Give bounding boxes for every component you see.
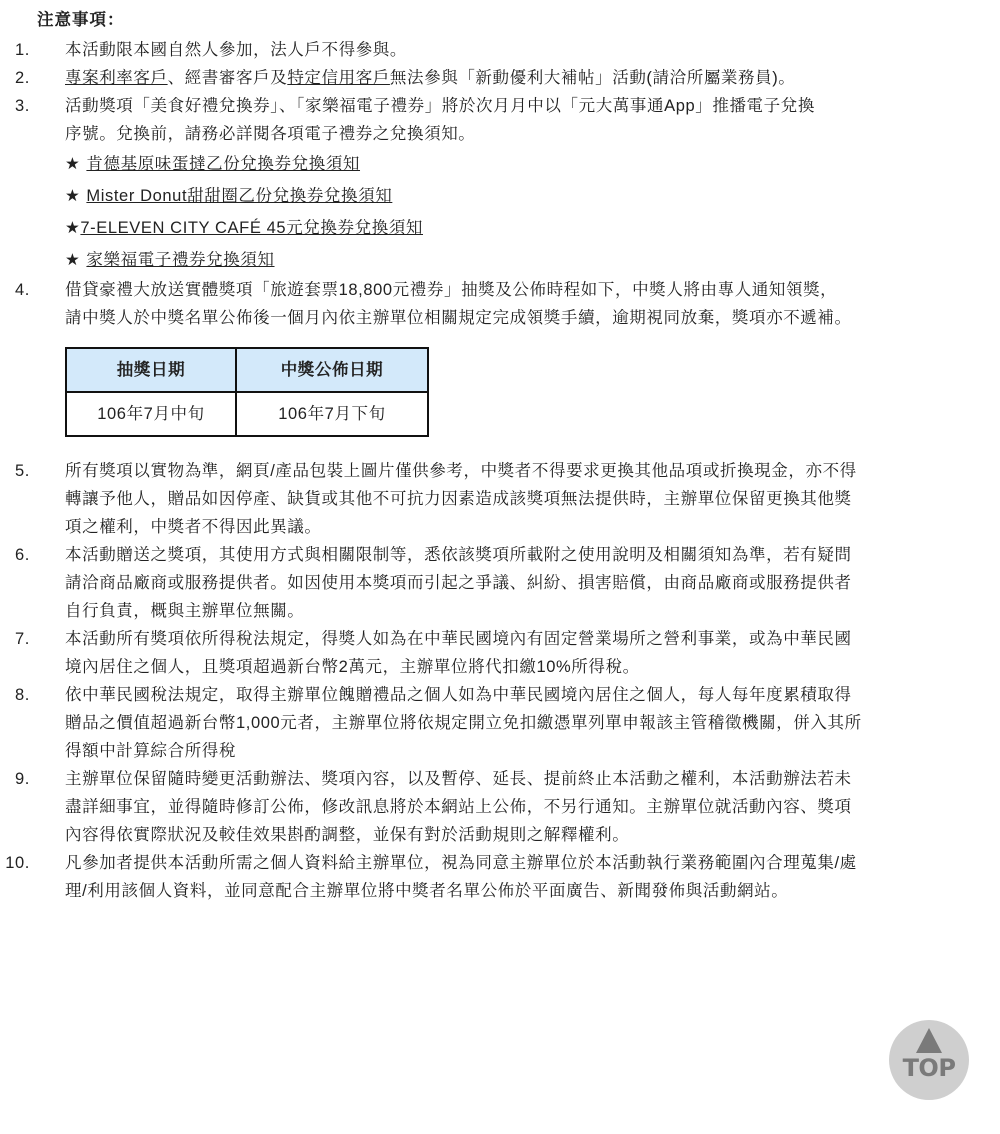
item-number: 3. (15, 92, 30, 120)
item-text: 境內居住之個人，且獎項超過新台幣2萬元，主辦單位將代扣繳10%所得稅。 (65, 653, 970, 681)
notice-item-8: 8. 依中華民國稅法規定，取得主辦單位餽贈禮品之個人如為中華民國境內居住之個人，… (0, 681, 970, 765)
item-text: 本活動所有獎項依所得稅法規定，得獎人如為在中華民國境內有固定營業場所之營利事業，… (65, 625, 970, 653)
item-number: 10. (5, 849, 30, 877)
notice-item-4: 4. 借貸豪禮大放送實體獎項「旅遊套票18,800元禮券」抽獎及公佈時程如下，中… (0, 276, 970, 437)
star-icon: ★ (65, 180, 80, 212)
back-to-top-label: TOP (889, 1054, 969, 1082)
star-icon: ★ (65, 148, 80, 180)
item-text: 理/利用該個人資料，並同意配合主辦單位將中獎者名單公佈於平面廣告、新聞發佈與活動… (65, 877, 970, 905)
notice-list: 1. 本活動限本國自然人參加，法人戶不得參與。 2. 專案利率客戶、經書審客戶及… (0, 36, 1000, 905)
item-number: 2. (15, 64, 30, 92)
star-icon: ★ (65, 244, 80, 276)
item-text: 借貸豪禮大放送實體獎項「旅遊套票18,800元禮券」抽獎及公佈時程如下，中獎人將… (65, 276, 970, 304)
item-number: 8. (15, 681, 30, 709)
item-text: 轉讓予他人，贈品如因停產、缺貨或其他不可抗力因素造成該獎項無法提供時，主辦單位保… (65, 485, 970, 513)
item-text: 自行負責，概與主辦單位無關。 (65, 597, 970, 625)
notice-item-1: 1. 本活動限本國自然人參加，法人戶不得參與。 (0, 36, 970, 64)
item-text-segment: 無法參與「新動優利大補帖」活動(請洽所屬業務員)。 (390, 69, 796, 87)
item-text: 贈品之價值超過新台幣1,000元者，主辦單位將依規定開立免扣繳憑單列單申報該主管… (65, 709, 970, 737)
notice-item-3: 3. 活動獎項「美食好禮兌換券」、「家樂福電子禮券」將於次月月中以「元大萬事通A… (0, 92, 970, 276)
column-header-announce-date: 中獎公佈日期 (236, 348, 428, 392)
item-text: 本活動贈送之獎項，其使用方式與相關限制等，悉依該獎項所載附之使用說明及相關須知為… (65, 541, 970, 569)
draw-date-cell: 106年7月中旬 (66, 392, 236, 436)
notice-item-5: 5. 所有獎項以實物為準，網頁/產品包裝上圖片僅供參考，中獎者不得要求更換其他品… (0, 457, 970, 541)
item-text: 得額中計算綜合所得稅 (65, 737, 970, 765)
notice-item-9: 9. 主辦單位保留隨時變更活動辦法、獎項內容，以及暫停、延長、提前終止本活動之權… (0, 765, 970, 849)
notice-title: 注意事項： (37, 6, 125, 30)
seven-eleven-city-cafe-notice-link[interactable]: 7-ELEVEN CITY CAFÉ 45元兌換券兌換須知 (80, 219, 423, 237)
draw-schedule-table: 抽獎日期 中獎公佈日期 106年7月中旬 106年7月下旬 (65, 347, 429, 437)
table-row: 106年7月中旬 106年7月下旬 (66, 392, 428, 436)
item-text: 活動獎項「美食好禮兌換券」、「家樂福電子禮券」將於次月月中以「元大萬事通App」… (65, 92, 970, 120)
item-number: 1. (15, 36, 30, 64)
star-icon: ★ (65, 212, 80, 244)
notice-item-2: 2. 專案利率客戶、經書審客戶及特定信用客戶無法參與「新動優利大補帖」活動(請洽… (0, 64, 970, 92)
item-text: 序號。兌換前，請務必詳閱各項電子禮券之兌換須知。 (65, 120, 970, 148)
arrow-up-triangle-icon (916, 1028, 942, 1053)
item-text: 請中獎人於中獎名單公佈後一個月內依主辦單位相關規定完成領獎手續，逾期視同放棄，獎… (65, 304, 970, 332)
item-text: 本活動限本國自然人參加，法人戶不得參與。 (65, 36, 970, 64)
notice-item-7: 7. 本活動所有獎項依所得稅法規定，得獎人如為在中華民國境內有固定營業場所之營利… (0, 625, 970, 681)
item-text: 項之權利，中獎者不得因此異議。 (65, 513, 970, 541)
item-number: 9. (15, 765, 30, 793)
voucher-notice-row: ★Mister Donut甜甜圈乙份兌換券兌換須知 (65, 180, 970, 212)
table-header-row: 抽獎日期 中獎公佈日期 (66, 348, 428, 392)
item-text: 內容得依實際狀況及較佳效果斟酌調整，並保有對於活動規則之解釋權利。 (65, 821, 970, 849)
mister-donut-notice-link[interactable]: Mister Donut甜甜圈乙份兌換券兌換須知 (86, 187, 392, 205)
specific-credit-customer-link[interactable]: 特定信用客戶 (287, 69, 390, 87)
voucher-notice-row: ★7-ELEVEN CITY CAFÉ 45元兌換券兌換須知 (65, 212, 970, 244)
item-text: 盡詳細事宜，並得隨時修訂公佈，修改訊息將於本網站上公佈，不另行通知。主辦單位就活… (65, 793, 970, 821)
carrefour-evoucher-notice-link[interactable]: 家樂福電子禮券兌換須知 (86, 251, 274, 269)
voucher-notice-row: ★家樂福電子禮券兌換須知 (65, 244, 970, 276)
project-rate-customer-link[interactable]: 專案利率客戶 (65, 69, 168, 87)
item-text: 所有獎項以實物為準，網頁/產品包裝上圖片僅供參考，中獎者不得要求更換其他品項或折… (65, 457, 970, 485)
notice-item-6: 6. 本活動贈送之獎項，其使用方式與相關限制等，悉依該獎項所載附之使用說明及相關… (0, 541, 970, 625)
item-number: 6. (15, 541, 30, 569)
kfc-egg-tart-notice-link[interactable]: 肯德基原味蛋撻乙份兌換券兌換須知 (86, 155, 360, 173)
item-text: 請洽商品廠商或服務提供者。如因使用本獎項而引起之爭議、糾紛、損害賠償，由商品廠商… (65, 569, 970, 597)
item-number: 5. (15, 457, 30, 485)
item-text: 專案利率客戶、經書審客戶及特定信用客戶無法參與「新動優利大補帖」活動(請洽所屬業… (65, 64, 970, 92)
item-number: 4. (15, 276, 30, 304)
announce-date-cell: 106年7月下旬 (236, 392, 428, 436)
item-text-segment: 、經書審客戶及 (168, 69, 288, 87)
item-text: 主辦單位保留隨時變更活動辦法、獎項內容，以及暫停、延長、提前終止本活動之權利，本… (65, 765, 970, 793)
voucher-notice-row: ★肯德基原味蛋撻乙份兌換券兌換須知 (65, 148, 970, 180)
item-text: 凡參加者提供本活動所需之個人資料給主辦單位，視為同意主辦單位於本活動執行業務範圍… (65, 849, 970, 877)
column-header-draw-date: 抽獎日期 (66, 348, 236, 392)
notice-item-10: 10. 凡參加者提供本活動所需之個人資料給主辦單位，視為同意主辦單位於本活動執行… (0, 849, 970, 905)
item-number: 7. (15, 625, 30, 653)
item-text: 依中華民國稅法規定，取得主辦單位餽贈禮品之個人如為中華民國境內居住之個人，每人每… (65, 681, 970, 709)
back-to-top-button[interactable]: TOP (889, 1020, 969, 1100)
